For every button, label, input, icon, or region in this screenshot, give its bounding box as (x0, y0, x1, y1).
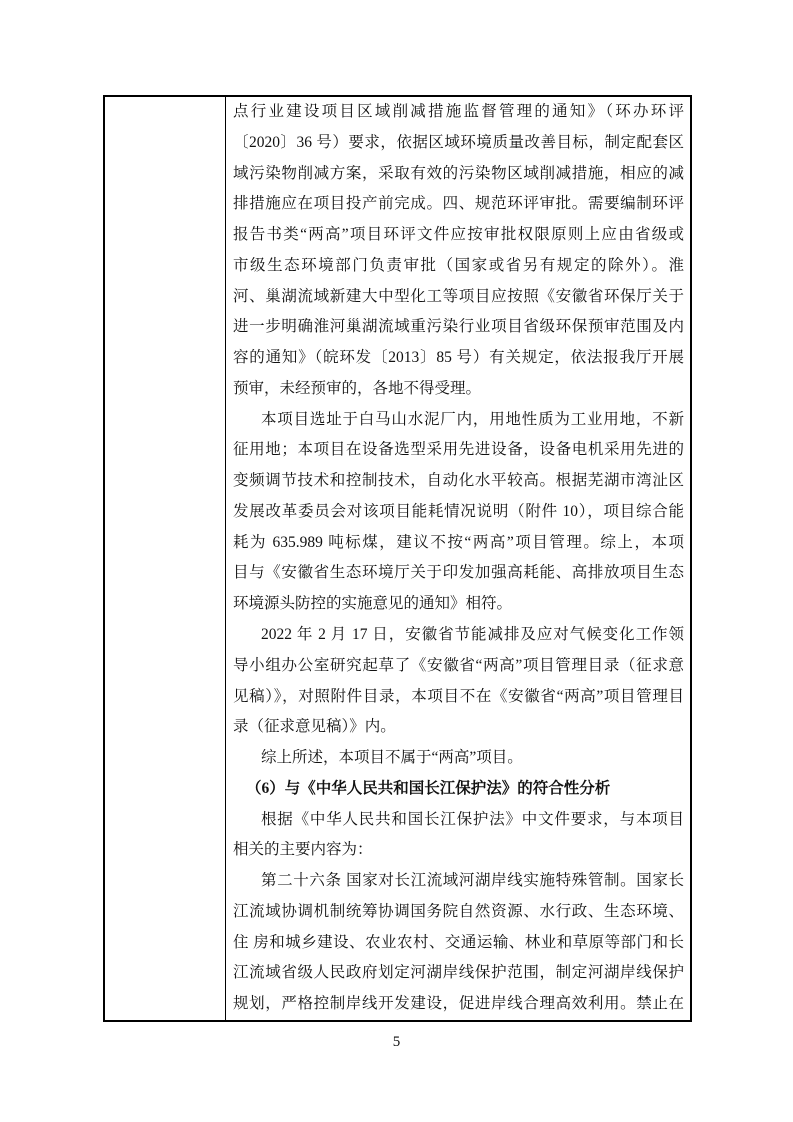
text-line: 征用地；本项目在设备选型采用先进设备，设备电机采用先进的 (233, 435, 684, 466)
text-line: 目与《安徽省生态环境厅关于印发加强高耗能、高排放项目生态 (233, 558, 684, 589)
text-line: 耗为 635.989 吨标煤，建议不按“两高”项目管理。综上，本项 (233, 528, 684, 559)
text-line: 进一步明确淮河巢湖流域重污染行业项目省级环保预审范围及内 (233, 312, 684, 343)
text-line: 河、巢湖流域新建大中型化工等项目应按照《安徽省环保厅关于 (233, 282, 684, 313)
text-line: 规划，严格控制岸线开发建设，促进岸线合理高效利用。禁止在 (233, 989, 684, 1020)
table-left-cell (105, 97, 226, 1020)
text-line: 本项目选址于白马山水泥厂内，用地性质为工业用地，不新 (233, 405, 684, 436)
text-line: 排措施应在项目投产前完成。四、规范环评审批。需要编制环评 (233, 189, 684, 220)
text-line: 根据《中华人民共和国长江保护法》中文件要求，与本项目 (233, 805, 684, 836)
document-page: 点行业建设项目区域削减措施监督管理的通知》（环办环评〔2020〕36 号）要求，… (0, 0, 793, 1122)
text-line: 江流域协调机制统筹协调国务院自然资源、水行政、生态环境、 (233, 897, 684, 928)
text-line: 报告书类“两高”项目环评文件应按审批权限原则上应由省级或 (233, 220, 684, 251)
text-line: 相关的主要内容为： (233, 835, 684, 866)
text-line: 录（征求意见稿）》内。 (233, 712, 684, 743)
text-line: 〔2020〕36 号）要求，依据区域环境质量改善目标，制定配套区 (233, 128, 684, 159)
text-line: 域污染物削减方案，采取有效的污染物区域削减措施，相应的减 (233, 159, 684, 190)
text-line: 发展改革委员会对该项目能耗情况说明（附件 10），项目综合能 (233, 497, 684, 528)
text-line: 2022 年 2 月 17 日，安徽省节能减排及应对气候变化工作领 (233, 620, 684, 651)
text-line: 综上所述，本项目不属于“两高”项目。 (233, 743, 684, 774)
page-number: 5 (0, 1031, 793, 1053)
text-line: 点行业建设项目区域削减措施监督管理的通知》（环办环评 (233, 97, 684, 128)
text-line: 预审，未经预审的，各地不得受理。 (233, 374, 684, 405)
text-line: 变频调节技术和控制技术，自动化水平较高。根据芜湖市湾沚区 (233, 466, 684, 497)
assessment-table: 点行业建设项目区域削减措施监督管理的通知》（环办环评〔2020〕36 号）要求，… (103, 95, 692, 1022)
text-line: 见稿）》，对照附件目录，本项目不在《安徽省“两高”项目管理目 (233, 682, 684, 713)
text-line: 第二十六条 国家对长江流域河湖岸线实施特殊管制。国家长 (233, 866, 684, 897)
section-heading: （6）与《中华人民共和国长江保护法》的符合性分析 (233, 774, 684, 805)
text-line: 环境源头防控的实施意见的通知》相符。 (233, 589, 684, 620)
table-content-cell: 点行业建设项目区域削减措施监督管理的通知》（环办环评〔2020〕36 号）要求，… (226, 97, 690, 1020)
text-line: 江流域省级人民政府划定河湖岸线保护范围，制定河湖岸线保护 (233, 958, 684, 989)
text-line: 导小组办公室研究起草了《安徽省“两高”项目管理目录（征求意 (233, 651, 684, 682)
text-line: 住 房和城乡建设、农业农村、交通运输、林业和草原等部门和长 (233, 928, 684, 959)
text-line: 容的通知》（皖环发〔2013〕85 号）有关规定，依法报我厅开展 (233, 343, 684, 374)
text-line: 市级生态环境部门负责审批（国家或省另有规定的除外）。淮 (233, 251, 684, 282)
